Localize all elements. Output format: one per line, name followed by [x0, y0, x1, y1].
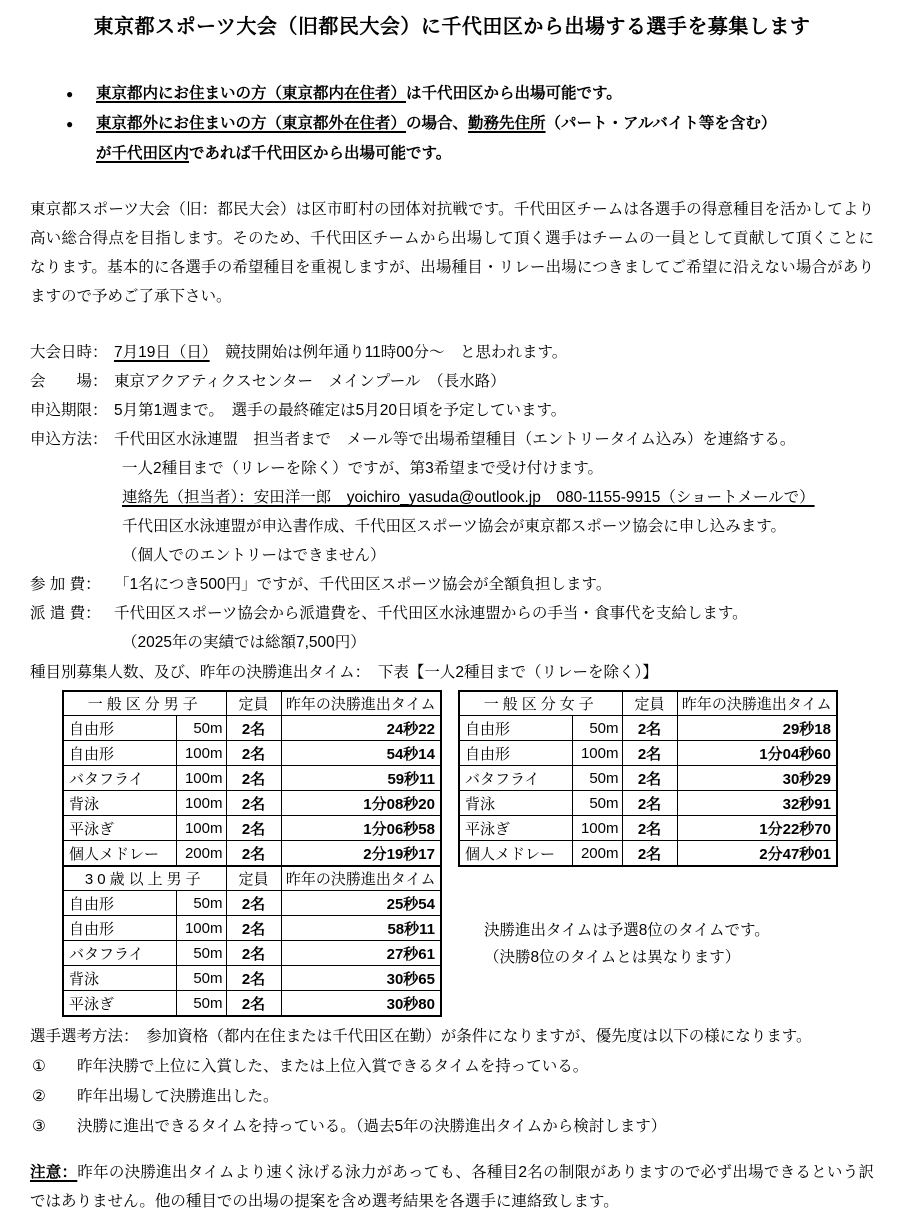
finals-note: 決勝進出タイムは予選8位のタイムです。 （決勝8位のタイムとは異なります）	[484, 917, 838, 971]
info-label: 申込方法：	[30, 425, 114, 454]
finals-note-line: 決勝進出タイムは予選8位のタイムです。	[484, 917, 838, 944]
info-line-no-individual-entry: （個人でのエントリーはできません）	[30, 541, 874, 570]
date-highlight: 7月19日（日）	[114, 344, 210, 361]
tables-right-column: 一般区分女子 定員 昨年の決勝進出タイム 自由形50m2名29秒18 自由形10…	[458, 690, 838, 971]
info-line-method-detail: 一人2種目まで（リレーを除く）ですが、第3希望まで受け付けます。	[30, 454, 874, 483]
table-row: バタフライ50m2名30秒29	[459, 766, 837, 791]
tables-left-column: 一般区分男子 定員 昨年の決勝進出タイム 自由形50m2名24秒22 自由形10…	[62, 690, 442, 1017]
selection-method-block: 選手選考方法： 参加資格（都内在住または千代田区在勤）が条件になりますが、優先度…	[30, 1022, 874, 1142]
info-line-dispatch: 派 遣 費： 千代田区スポーツ協会から派遣費を、千代田区水泳連盟からの手当・食事…	[30, 599, 874, 628]
table-row: 自由形100m2名54秒14	[63, 741, 441, 766]
info-line-venue: 会 場： 東京アクアティクスセンター メインプール （長水路）	[30, 367, 874, 396]
intro-paragraph: 東京都スポーツ大会（旧：都民大会）は区市町村の団体対抗戦です。千代田区チームは各…	[30, 195, 874, 311]
table-row: バタフライ100m2名59秒11	[63, 766, 441, 791]
info-label: 参 加 費：	[30, 570, 114, 599]
time-header: 昨年の決勝進出タイム	[677, 691, 837, 716]
time-header: 昨年の決勝進出タイム	[281, 866, 441, 891]
table-row: 背泳100m2名1分08秒20	[63, 791, 441, 816]
eligibility-highlight: 東京都外にお住まいの方（東京都外在住者）	[96, 115, 406, 132]
notice-label: 注意：	[30, 1164, 77, 1181]
eligibility-highlight: 東京都内にお住まいの方（東京都内在住者）	[96, 85, 406, 102]
table-row: 平泳ぎ100m2名1分22秒70	[459, 816, 837, 841]
eligibility-highlight: 勤務先住所	[468, 115, 546, 132]
table-row: 個人メドレー200m2名2分19秒17	[63, 841, 441, 867]
info-label: 会 場：	[30, 367, 114, 396]
table-row: 個人メドレー200m2名2分47秒01	[459, 841, 837, 867]
table-group-title: 一般区分男子	[63, 691, 226, 716]
table-men-general: 一般区分男子 定員 昨年の決勝進出タイム 自由形50m2名24秒22 自由形10…	[62, 690, 442, 867]
circled-number: ①	[30, 1052, 77, 1082]
table-group-title: 30歳以上男子	[63, 866, 226, 891]
time-header: 昨年の決勝進出タイム	[281, 691, 441, 716]
table-row: バタフライ50m2名27秒61	[63, 941, 441, 966]
table-row: 自由形50m2名24秒22	[63, 716, 441, 741]
table-header-row: 30歳以上男子 定員 昨年の決勝進出タイム	[63, 866, 441, 891]
finals-note-line: （決勝8位のタイムとは異なります）	[484, 944, 838, 971]
info-line-fee: 参 加 費： 「1名につき500円」ですが、千代田区スポーツ協会が全額負担します…	[30, 570, 874, 599]
tables-caption: 種目別募集人数、及び、昨年の決勝進出タイム： 下表【一人2種目まで（リレーを除く…	[30, 658, 874, 687]
table-row: 自由形50m2名29秒18	[459, 716, 837, 741]
table-row: 背泳50m2名32秒91	[459, 791, 837, 816]
info-label: 大会日時：	[30, 338, 114, 367]
tables-area: 一般区分男子 定員 昨年の決勝進出タイム 自由形50m2名24秒22 自由形10…	[62, 690, 874, 1017]
info-line-date: 大会日時： 7月19日（日） 競技開始は例年通り11時00分～ と思われます。	[30, 338, 874, 367]
eligibility-list: 東京都内にお住まいの方（東京都内在住者）は千代田区から出場可能です。 東京都外に…	[30, 79, 874, 169]
table-row: 背泳50m2名30秒65	[63, 966, 441, 991]
info-line-deadline: 申込期限： 5月第1週まで。 選手の最終確定は5月20日頃を予定しています。	[30, 396, 874, 425]
table-row: 自由形100m2名58秒11	[63, 916, 441, 941]
table-header-row: 一般区分女子 定員 昨年の決勝進出タイム	[459, 691, 837, 716]
info-line-method: 申込方法： 千代田区水泳連盟 担当者まで メール等で出場希望種目（エントリータイ…	[30, 425, 874, 454]
circled-number: ②	[30, 1082, 77, 1112]
table-row: 平泳ぎ50m2名30秒80	[63, 991, 441, 1017]
table-row: 自由形100m2名1分04秒60	[459, 741, 837, 766]
capacity-header: 定員	[226, 866, 281, 891]
list-item-resident: 東京都内にお住まいの方（東京都内在住者）は千代田区から出場可能です。	[30, 79, 874, 109]
selection-heading: 選手選考方法： 参加資格（都内在住または千代田区在勤）が条件になりますが、優先度…	[30, 1022, 874, 1052]
event-info-block: 大会日時： 7月19日（日） 競技開始は例年通り11時00分～ と思われます。 …	[30, 338, 874, 687]
table-header-row: 一般区分男子 定員 昨年の決勝進出タイム	[63, 691, 441, 716]
info-label: 派 遣 費：	[30, 599, 114, 628]
selection-item-2: ②昨年出場して決勝進出した。	[30, 1082, 874, 1112]
eligibility-highlight: が千代田区内	[96, 145, 189, 162]
info-label: 申込期限：	[30, 396, 114, 425]
capacity-header: 定員	[226, 691, 281, 716]
selection-item-3: ③決勝に進出できるタイムを持っている。（過去5年の決勝進出タイムから検討します）	[30, 1112, 874, 1142]
notice-paragraph: 注意：昨年の決勝進出タイムより速く泳げる泳力があっても、各種目2名の制限がありま…	[30, 1159, 874, 1216]
info-line-application-flow: 千代田区水泳連盟が申込書作成、千代田区スポーツ協会が東京都スポーツ協会に申し込み…	[30, 512, 874, 541]
info-line-dispatch-detail: （2025年の実績では総額7,500円）	[30, 628, 874, 657]
circled-number: ③	[30, 1112, 77, 1142]
page-title: 東京都スポーツ大会（旧都民大会）に千代田区から出場する選手を募集します	[30, 10, 874, 39]
document-page: 東京都スポーツ大会（旧都民大会）に千代田区から出場する選手を募集します 東京都内…	[0, 0, 900, 1230]
table-group-title: 一般区分女子	[459, 691, 622, 716]
selection-item-1: ①昨年決勝で上位に入賞した、または上位入賞できるタイムを持っている。	[30, 1052, 874, 1082]
list-item-non-resident: 東京都外にお住まいの方（東京都外在住者）の場合、勤務先住所（パート・アルバイト等…	[30, 109, 874, 169]
table-row: 平泳ぎ100m2名1分06秒58	[63, 816, 441, 841]
table-women-general: 一般区分女子 定員 昨年の決勝進出タイム 自由形50m2名29秒18 自由形10…	[458, 690, 838, 867]
table-row: 自由形50m2名25秒54	[63, 891, 441, 916]
contact-line: 連絡先（担当者）：安田洋一郎 yoichiro_yasuda@outlook.j…	[30, 483, 874, 512]
capacity-header: 定員	[622, 691, 677, 716]
table-men-over30: 30歳以上男子 定員 昨年の決勝進出タイム 自由形50m2名25秒54 自由形1…	[62, 865, 442, 1017]
